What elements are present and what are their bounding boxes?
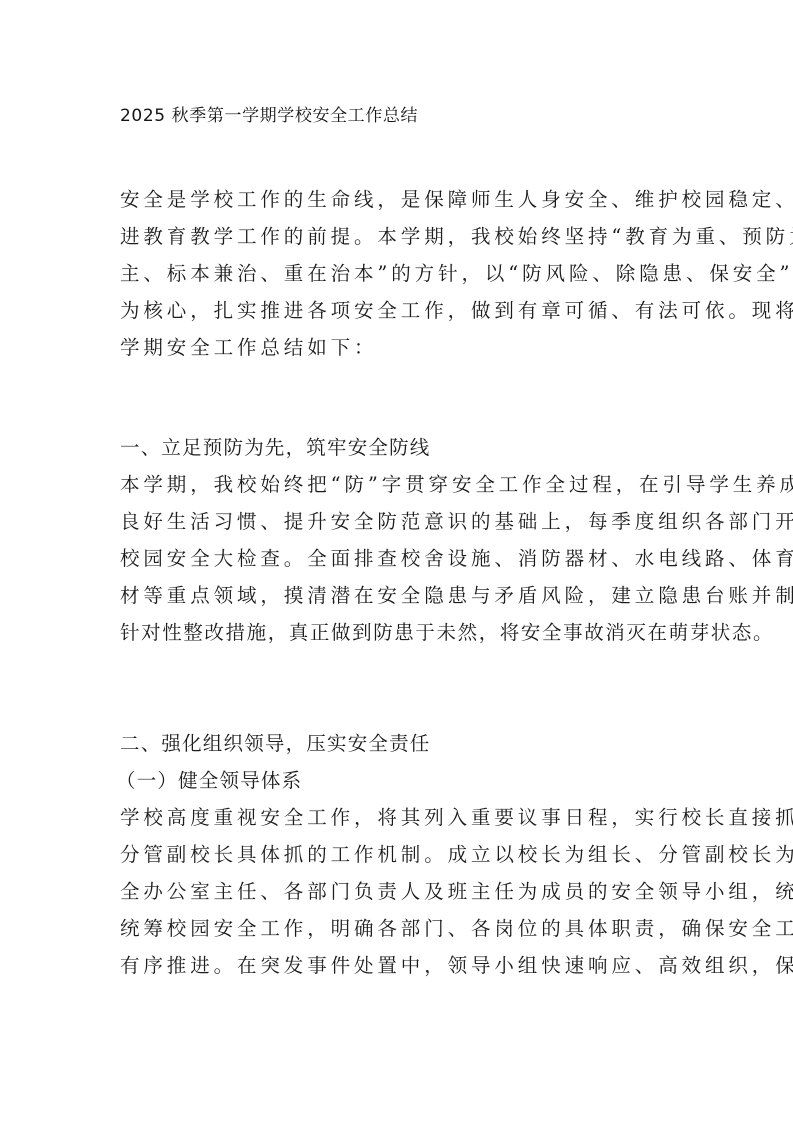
section-2-heading: 二、强化组织领导，压实安全责任 [120,731,431,757]
section-1-line-1: 本学期，我校始终把“防”字贯穿安全工作全过程，在引导学生养成 [120,472,793,498]
subsection-2-1-line-5: 有序推进。在突发事件处置中，领导小组快速响应、高效组织，保障 [120,953,793,979]
subsection-2-1-line-1: 学校高度重视安全工作，将其列入重要议事日程，实行校长直接抓、 [120,805,793,831]
intro-line-2: 进教育教学工作的前提。本学期，我校始终坚持“教育为重、预防为 [120,224,793,250]
document-title: 2025 秋季第一学期学校安全工作总结 [120,103,418,129]
intro-line-4: 为核心，扎实推进各项安全工作，做到有章可循、有法可依。现将本 [120,298,793,324]
subsection-2-1-line-4: 统筹校园安全工作，明确各部门、各岗位的具体职责，确保安全工作 [120,916,793,942]
intro-line-1: 安全是学校工作的生命线，是保障师生人身安全、维护校园稳定、推 [120,187,793,213]
section-1-line-3: 校园安全大检查。全面排查校舍设施、消防器材、水电线路、体育器 [120,546,793,572]
subsection-2-1-heading: （一）健全领导体系 [116,768,302,794]
intro-line-5: 学期安全工作总结如下： [120,335,377,361]
subsection-2-1-line-3: 全办公室主任、各部门负责人及班主任为成员的安全领导小组，统一 [120,879,793,905]
document-page: 2025 秋季第一学期学校安全工作总结 安全是学校工作的生命线，是保障师生人身安… [0,0,793,1122]
section-1-line-5: 针对性整改措施，真正做到防患于未然，将安全事故消灭在萌芽状态。 [120,620,774,646]
section-1-line-4: 材等重点领域，摸清潜在安全隐患与矛盾风险，建立隐患台账并制定 [120,583,793,609]
intro-line-3: 主、标本兼治、重在治本”的方针，以“防风险、除隐患、保安全” [120,261,793,287]
section-1-heading: 一、立足预防为先，筑牢安全防线 [120,435,431,461]
subsection-2-1-line-2: 分管副校长具体抓的工作机制。成立以校长为组长、分管副校长为安 [120,842,793,868]
section-1-line-2: 良好生活习惯、提升安全防范意识的基础上，每季度组织各部门开展 [120,509,793,535]
